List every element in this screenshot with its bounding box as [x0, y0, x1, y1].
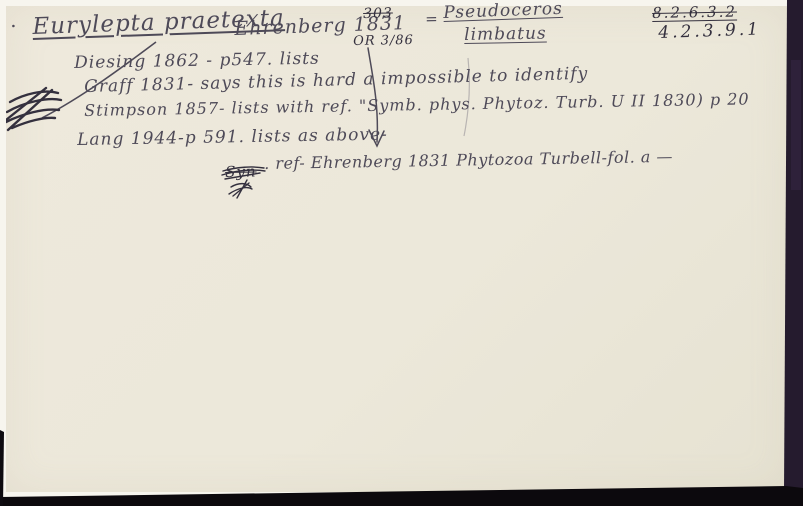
entry-diesing: Diesing 1862 - p547. lists: [74, 49, 320, 73]
scribble-mark-left: [6, 88, 61, 130]
footnote-reference: . ref- Ehrenberg 1831 Phytozoa Turbell-f…: [264, 147, 673, 173]
margin-bullet-dot: ·: [10, 14, 18, 38]
revision-note: OR 3/86: [353, 33, 414, 49]
equals-sign: =: [425, 10, 439, 28]
synonym-genus: Pseudoceros: [443, 0, 563, 23]
index-card: · Eurylepta praetexta Ehrenberg 1831 303…: [6, 6, 788, 492]
entry-lang: Lang 1944-p 591. lists as above-: [77, 125, 388, 150]
catalog-code: 4.2.3.9.1: [658, 19, 761, 43]
crossed-out-word: Syn: [225, 162, 257, 181]
crossed-out-number: 303: [363, 5, 393, 22]
synonym-species: limbatus: [464, 24, 547, 45]
crossed-catalog-code: 8.2.6.3.2: [652, 3, 737, 22]
scanned-card-page: · Eurylepta praetexta Ehrenberg 1831 303…: [0, 0, 803, 506]
scan-edge-highlight: [791, 60, 801, 190]
scan-edge-left-sliver: [0, 430, 4, 506]
